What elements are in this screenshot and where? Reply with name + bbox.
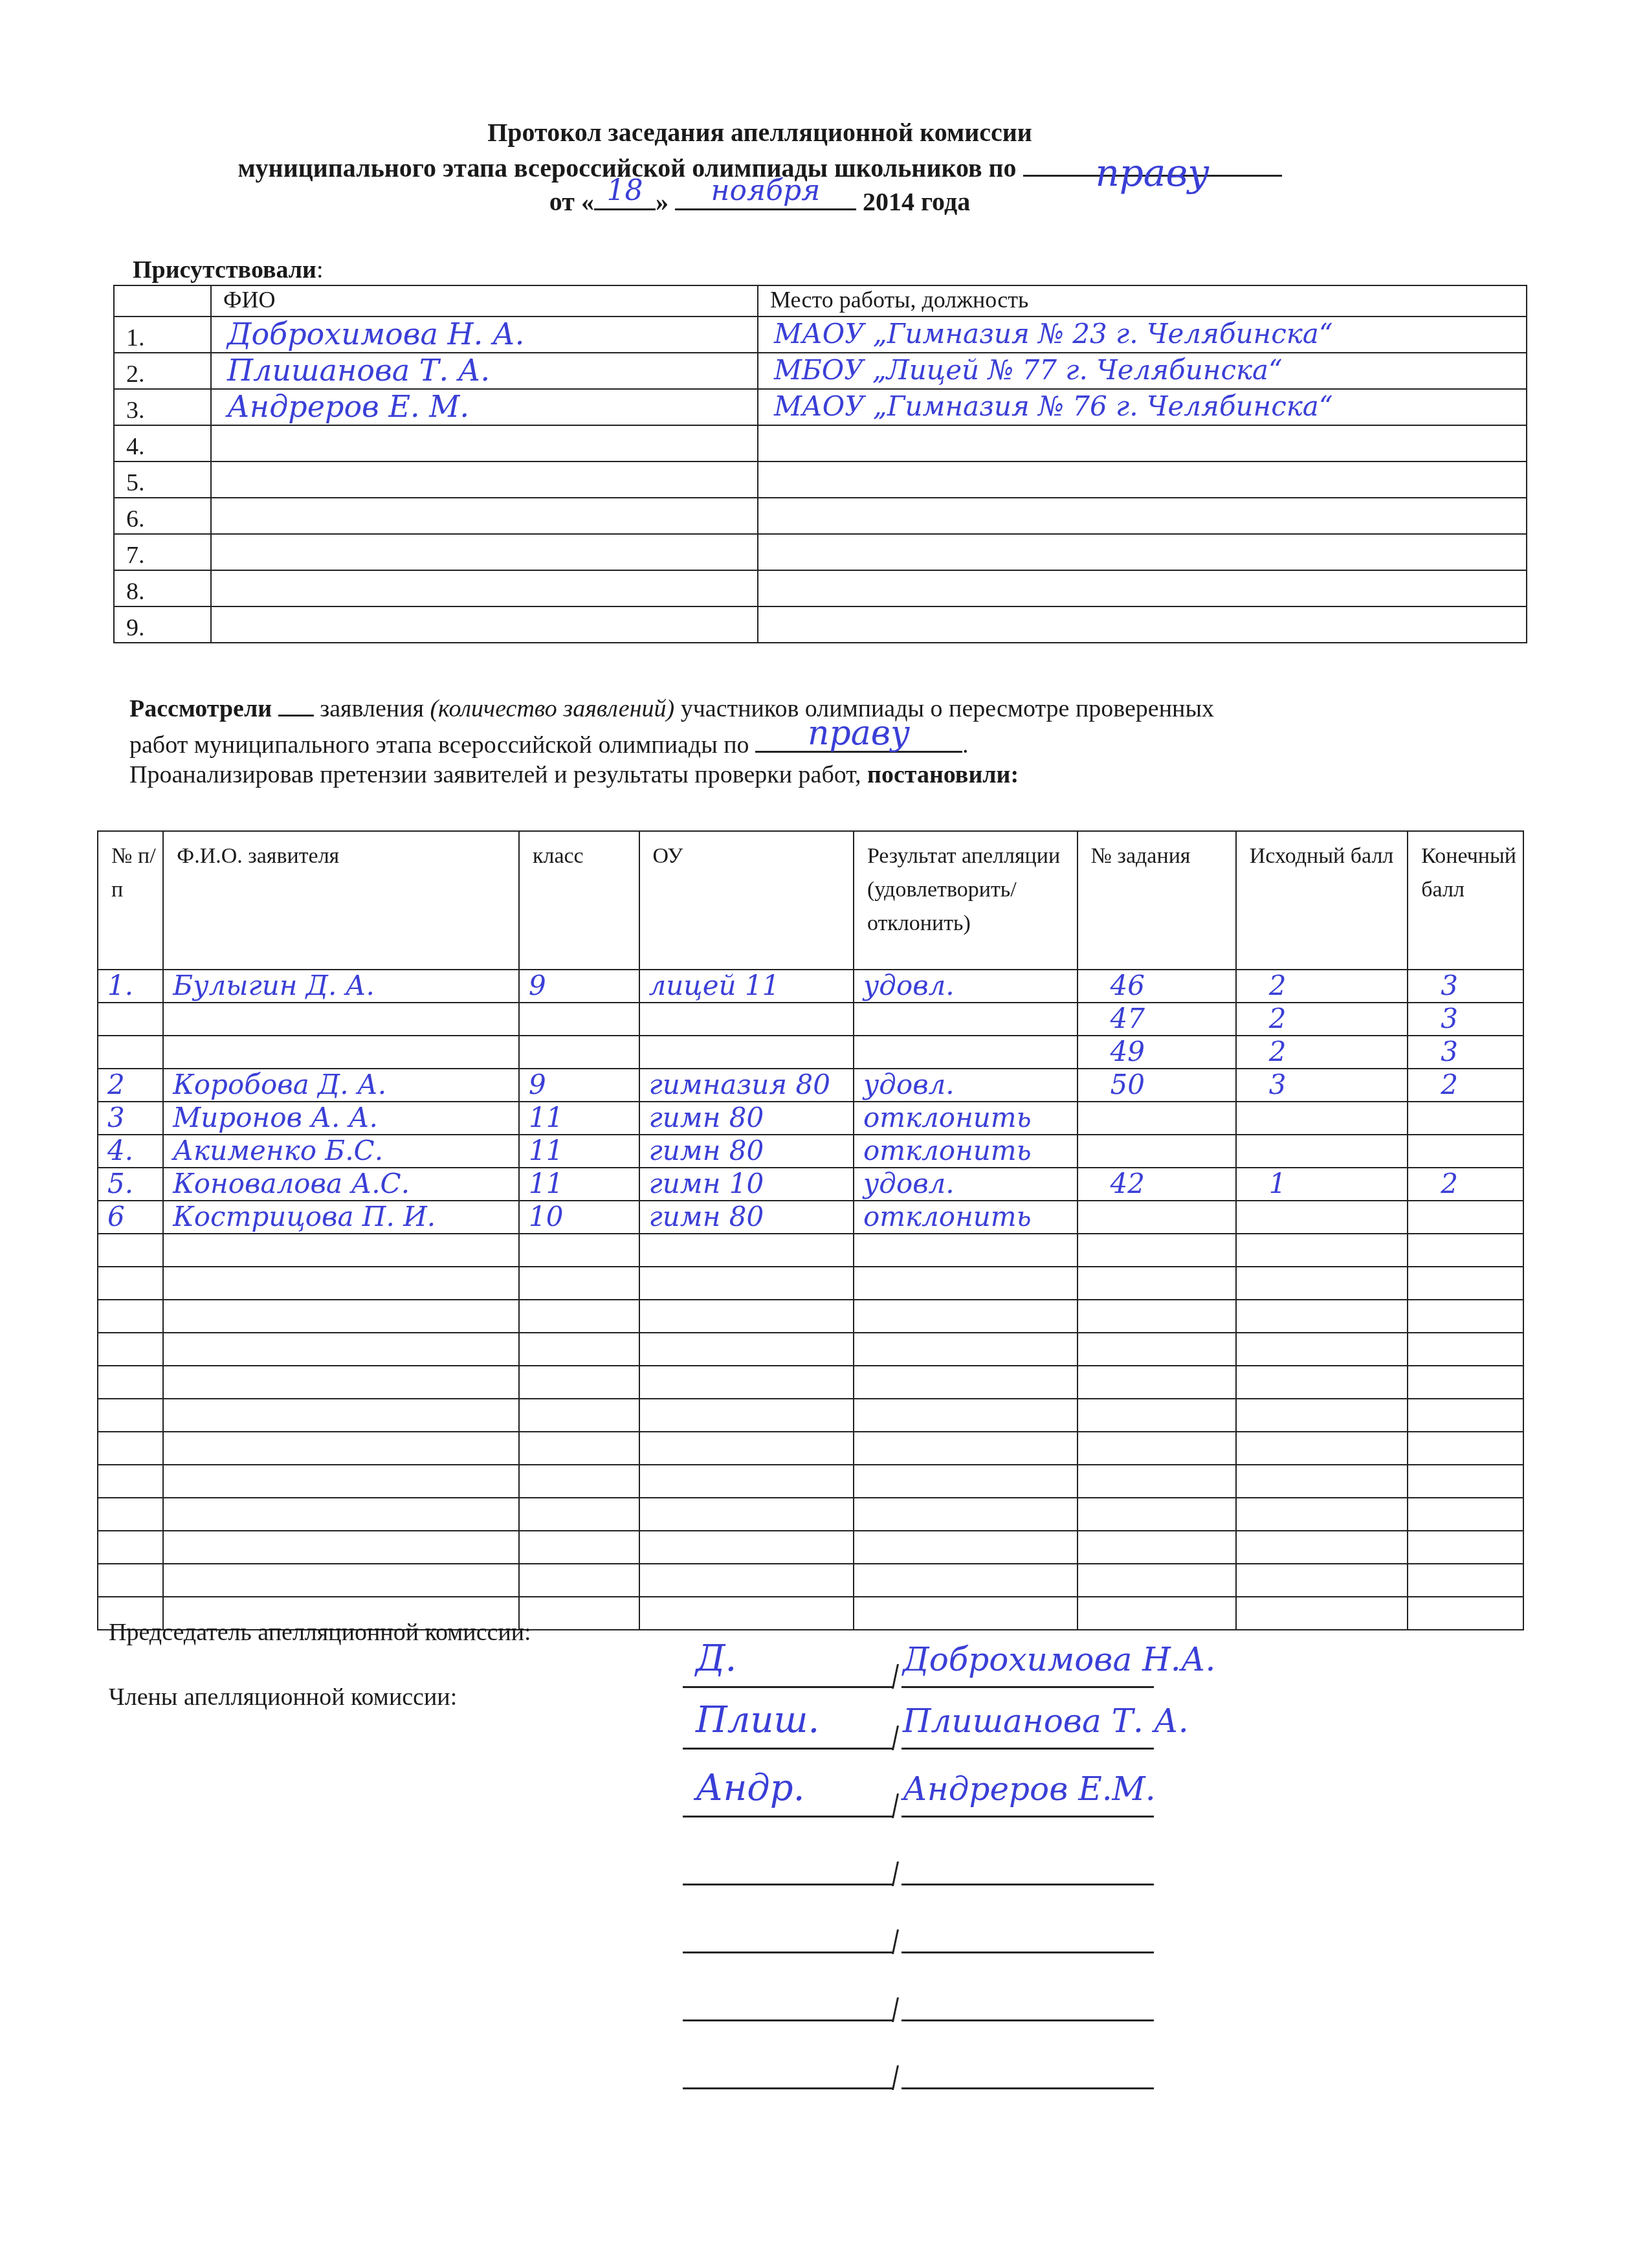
signature-handwritten: Д. [696, 1638, 736, 1680]
appeal-task [1078, 1267, 1111, 1298]
appeal-num-cell[interactable] [98, 1531, 163, 1564]
appeal-task [1078, 1597, 1111, 1629]
appeal-fio-cell[interactable] [163, 1300, 519, 1333]
appeal-fio-cell[interactable] [163, 1432, 519, 1465]
appeal-fio-cell[interactable] [163, 1465, 519, 1498]
appeal-fio-cell[interactable]: Коробова Д. А. [163, 1069, 519, 1102]
appeal-initial-cell[interactable] [1236, 1531, 1408, 1564]
appeal-initial-cell[interactable] [1236, 1399, 1408, 1432]
appeal-final-cell[interactable] [1408, 1102, 1523, 1135]
appeal-num: 5. [98, 1168, 133, 1199]
appeal-final-cell[interactable] [1408, 1531, 1523, 1564]
appeal-class-cell[interactable] [519, 1399, 639, 1432]
appeal-final-cell[interactable]: 3 [1408, 970, 1523, 1003]
appeal-result-cell[interactable] [854, 1432, 1078, 1465]
appeal-num-cell[interactable] [98, 1333, 163, 1366]
signature-separator [892, 1862, 899, 1886]
signature-line[interactable] [683, 2087, 893, 2089]
signatory-name-handwritten: Плишанова Т. А. [903, 1702, 1189, 1740]
signature-separator [892, 2065, 899, 2090]
attendees-label-colon: : [316, 256, 324, 283]
appeal-result-cell[interactable]: отклонить [854, 1102, 1078, 1135]
appeals-body: 1.Булыгин Д. А.9лицей 11удовл.4623472349… [98, 970, 1523, 1630]
appeal-result-cell[interactable] [854, 1267, 1078, 1300]
appeal-fio-cell[interactable] [163, 1531, 519, 1564]
appeal-final-cell[interactable] [1408, 1201, 1523, 1234]
appeal-school-cell[interactable] [639, 1465, 854, 1498]
appeal-school: гимн 80 [640, 1135, 764, 1166]
attendee-work-cell[interactable] [758, 606, 1527, 643]
appeal-fio-cell[interactable] [163, 1036, 519, 1069]
appeal-class-cell[interactable] [519, 1267, 639, 1300]
appeal-initial [1237, 1135, 1269, 1166]
appeal-task [1078, 1300, 1111, 1331]
attendee-fio [212, 498, 227, 533]
appeal-school-cell[interactable] [639, 1597, 854, 1630]
appeal-initial-cell[interactable] [1236, 1201, 1408, 1234]
appeal-final-cell[interactable] [1408, 1597, 1523, 1630]
appeal-final-cell[interactable] [1408, 1399, 1523, 1432]
signature-line[interactable] [683, 1686, 893, 1688]
appeal-result-cell[interactable] [854, 1300, 1078, 1333]
appeal-class [520, 1300, 529, 1331]
appeal-final-cell[interactable] [1408, 1267, 1523, 1300]
appeal-num: 2 [98, 1069, 125, 1100]
appeal-fio-cell[interactable] [163, 1498, 519, 1531]
considered-line2: работ муниципального этапа всероссийской… [129, 725, 969, 761]
appeal-task-cell[interactable] [1078, 1300, 1236, 1333]
attendee-work-cell[interactable] [758, 570, 1527, 606]
appeal-task [1078, 1102, 1111, 1133]
appeal-school-cell[interactable] [639, 1564, 854, 1597]
appeal-final-cell[interactable] [1408, 1432, 1523, 1465]
attendee-fio [212, 534, 227, 569]
attendee-num: 6. [114, 498, 211, 534]
appeal-initial [1237, 1333, 1269, 1364]
appeal-task-cell[interactable] [1078, 1102, 1236, 1135]
appeal-school-cell[interactable]: лицей 11 [639, 970, 854, 1003]
appeal-initial-cell[interactable] [1236, 1234, 1408, 1267]
appeal-num-cell[interactable]: 5. [98, 1168, 163, 1201]
appeal-class [520, 1333, 529, 1364]
appeal-task-cell[interactable] [1078, 1498, 1236, 1531]
appeal-task-cell[interactable] [1078, 1267, 1236, 1300]
appeal-final-cell[interactable]: 3 [1408, 1003, 1523, 1036]
appeal-class-cell[interactable]: 9 [519, 970, 639, 1003]
appeal-final-cell[interactable] [1408, 1135, 1523, 1168]
attendee-work-cell[interactable] [758, 461, 1527, 498]
appeal-task [1078, 1465, 1111, 1496]
appeal-task-cell[interactable] [1078, 1597, 1236, 1630]
appeal-class-cell[interactable] [519, 1465, 639, 1498]
attendee-fio-cell[interactable] [211, 606, 758, 643]
appeal-result: удовл. [854, 1069, 955, 1100]
appeal-result-cell[interactable] [854, 1333, 1078, 1366]
appeal-final-cell[interactable] [1408, 1498, 1523, 1531]
appeal-final [1408, 1366, 1441, 1397]
appeal-fio [164, 1036, 173, 1067]
appeal-result: отклонить [854, 1135, 1032, 1166]
attendee-work-cell[interactable] [758, 425, 1527, 461]
appeal-row [98, 1498, 1523, 1531]
attendee-fio-cell[interactable]: Доброхимова Н. А. [211, 317, 758, 353]
appeal-fio: Коробова Д. А. [164, 1069, 386, 1100]
appeal-final [1408, 1531, 1441, 1562]
appeal-result-cell[interactable]: удовл. [854, 970, 1078, 1003]
appeal-final-cell[interactable]: 2 [1408, 1168, 1523, 1201]
appeal-school-cell[interactable] [639, 1267, 854, 1300]
signatory-name-handwritten: Доброхимова Н.А. [903, 1641, 1215, 1678]
attendee-row: 4. [114, 425, 1527, 461]
members-label: Члены апелляционной комиссии: [109, 1683, 457, 1711]
appeal-result: удовл. [854, 970, 955, 1001]
appeal-num [98, 1564, 107, 1595]
appeal-fio-cell[interactable]: Коновалова А.С. [163, 1168, 519, 1201]
appeal-task [1078, 1201, 1111, 1232]
appeal-school [640, 1531, 649, 1562]
appeal-task-cell[interactable]: 50 [1078, 1069, 1236, 1102]
appeal-class: 11 [520, 1102, 563, 1133]
name-line[interactable] [901, 1816, 1154, 1818]
subject-field[interactable]: праву [1023, 149, 1282, 177]
appeal-result-cell[interactable]: отклонить [854, 1135, 1078, 1168]
appeal-initial-cell[interactable] [1236, 1135, 1408, 1168]
appeal-fio-cell[interactable]: Булыгин Д. А. [163, 970, 519, 1003]
attendee-work-cell[interactable]: МАОУ „Гимназия № 76 г. Челябинска“ [758, 389, 1527, 425]
name-line[interactable] [901, 2087, 1154, 2089]
appeal-num-cell[interactable] [98, 1267, 163, 1300]
appeal-fio-cell[interactable]: Акименко Б.С. [163, 1135, 519, 1168]
appeal-fio [164, 1498, 173, 1529]
considered-subject-field[interactable]: праву [755, 725, 962, 753]
appeal-initial-cell[interactable] [1236, 1366, 1408, 1399]
attendees-header-row: ФИО Место работы, должность [114, 285, 1527, 317]
appeal-school-cell[interactable] [639, 1498, 854, 1531]
attendee-fio-cell[interactable] [211, 498, 758, 534]
appeal-task-cell[interactable]: 49 [1078, 1036, 1236, 1069]
appeal-initial-cell[interactable] [1236, 1498, 1408, 1531]
appeal-result [854, 1465, 863, 1496]
appeal-class-cell[interactable] [519, 1366, 639, 1399]
appeal-result-cell[interactable] [854, 1234, 1078, 1267]
appeal-num-cell[interactable] [98, 1498, 163, 1531]
appeal-task-cell[interactable] [1078, 1465, 1236, 1498]
appeal-class-cell[interactable] [519, 1003, 639, 1036]
appeal-school-cell[interactable]: гимн 10 [639, 1168, 854, 1201]
chair-label: Председатель апелляционной комиссии: [109, 1618, 531, 1647]
applications-count-field[interactable] [278, 695, 314, 717]
appeal-class-cell[interactable]: 10 [519, 1201, 639, 1234]
appeal-class: 10 [520, 1201, 563, 1232]
appeal-num [98, 1003, 107, 1034]
appeal-task-cell[interactable]: 47 [1078, 1003, 1236, 1036]
attendee-fio-cell[interactable]: Плишанова Т. А. [211, 353, 758, 389]
appeal-task [1078, 1432, 1111, 1463]
appeal-task-cell[interactable] [1078, 1234, 1236, 1267]
appeal-class [520, 1531, 529, 1562]
appeal-result-cell[interactable] [854, 1399, 1078, 1432]
appeal-initial-cell[interactable]: 2 [1236, 1003, 1408, 1036]
signature-line[interactable] [683, 2019, 893, 2021]
appeal-num-cell[interactable] [98, 1432, 163, 1465]
attendee-fio [212, 461, 227, 496]
appeal-initial [1237, 1300, 1269, 1331]
appeal-class-cell[interactable] [519, 1597, 639, 1630]
appeal-final-cell[interactable]: 3 [1408, 1036, 1523, 1069]
appeal-school-cell[interactable] [639, 1300, 854, 1333]
appeal-num-cell[interactable] [98, 1366, 163, 1399]
attendee-work-cell[interactable] [758, 534, 1527, 570]
appeal-row [98, 1234, 1523, 1267]
attendee-fio-cell[interactable] [211, 534, 758, 570]
appeal-final-cell[interactable] [1408, 1366, 1523, 1399]
appeal-fio: Булыгин Д. А. [164, 970, 374, 1001]
appeal-class [520, 1036, 529, 1067]
attendee-work: МАОУ „Гимназия № 23 г. Челябинска“ [758, 318, 1332, 350]
appeal-num-cell[interactable]: 2 [98, 1069, 163, 1102]
attendee-fio-cell[interactable] [211, 461, 758, 498]
appeals-col-final: Конечный балл [1408, 831, 1523, 970]
appeal-initial [1237, 1531, 1269, 1562]
appeal-initial-cell[interactable] [1236, 1300, 1408, 1333]
appeal-task-cell[interactable]: 46 [1078, 970, 1236, 1003]
appeal-school-cell[interactable]: гимн 80 [639, 1102, 854, 1135]
signature-line[interactable] [683, 1951, 893, 1953]
appeal-num-cell[interactable] [98, 1465, 163, 1498]
name-line[interactable] [901, 1748, 1154, 1750]
appeal-task-cell[interactable] [1078, 1432, 1236, 1465]
appeal-fio-cell[interactable] [163, 1003, 519, 1036]
appeal-fio [164, 1366, 173, 1397]
appeal-initial-cell[interactable] [1236, 1267, 1408, 1300]
appeal-class-cell[interactable]: 11 [519, 1135, 639, 1168]
appeal-class-cell[interactable] [519, 1564, 639, 1597]
appeal-num-cell[interactable] [98, 1300, 163, 1333]
appeal-num: 1. [98, 970, 133, 1001]
appeal-num [98, 1300, 107, 1331]
appeal-class-cell[interactable]: 11 [519, 1168, 639, 1201]
appeal-school-cell[interactable]: гимн 80 [639, 1201, 854, 1234]
appeal-school-cell[interactable] [639, 1003, 854, 1036]
appeal-class-cell[interactable] [519, 1333, 639, 1366]
appeal-class-cell[interactable] [519, 1300, 639, 1333]
appeal-school [640, 1597, 649, 1629]
attendee-work-cell[interactable]: МАОУ „Гимназия № 23 г. Челябинска“ [758, 317, 1527, 353]
appeal-school-cell[interactable] [639, 1333, 854, 1366]
appeal-fio [164, 1531, 173, 1562]
document-date: от «18» ноября 2014 года [0, 183, 1578, 218]
appeal-fio [164, 1003, 173, 1034]
appeal-result-cell[interactable]: отклонить [854, 1201, 1078, 1234]
appeal-final [1408, 1333, 1441, 1364]
appeal-num-cell[interactable] [98, 1036, 163, 1069]
appeal-final [1408, 1399, 1441, 1430]
signature-line[interactable] [683, 1816, 893, 1818]
appeal-fio-cell[interactable] [163, 1366, 519, 1399]
appeal-class-cell[interactable] [519, 1498, 639, 1531]
signature-separator [892, 1794, 899, 1818]
appeal-result [854, 1597, 863, 1629]
appeal-school-cell[interactable] [639, 1399, 854, 1432]
appeal-fio-cell[interactable]: Миронов А. А. [163, 1102, 519, 1135]
appeal-school [640, 1366, 649, 1397]
appeal-result-cell[interactable] [854, 1597, 1078, 1630]
appeal-final: 3 [1408, 1003, 1458, 1034]
appeal-result [854, 1531, 863, 1562]
considered-line3-text: Проанализировав претензии заявителей и р… [129, 761, 861, 788]
appeal-num-cell[interactable] [98, 1399, 163, 1432]
appeal-num-cell[interactable] [98, 1564, 163, 1597]
date-day-field[interactable]: 18 [594, 183, 656, 210]
appeal-final: 2 [1408, 1168, 1458, 1199]
appeal-initial-cell[interactable]: 2 [1236, 1036, 1408, 1069]
appeal-initial-cell[interactable]: 1 [1236, 1168, 1408, 1201]
attendee-num: 7. [114, 534, 211, 570]
attendee-fio-cell[interactable] [211, 425, 758, 461]
appeal-class-cell[interactable]: 11 [519, 1102, 639, 1135]
appeal-initial-cell[interactable] [1236, 1465, 1408, 1498]
attendee-num: 9. [114, 606, 211, 643]
appeal-num [98, 1597, 107, 1629]
name-line[interactable] [901, 1686, 1154, 1688]
appeal-num: 6 [98, 1201, 125, 1232]
name-line[interactable] [901, 1884, 1154, 1885]
appeal-school-cell[interactable] [639, 1366, 854, 1399]
appeal-num-cell[interactable]: 1. [98, 970, 163, 1003]
appeal-task-cell[interactable] [1078, 1564, 1236, 1597]
appeal-task-cell[interactable] [1078, 1333, 1236, 1366]
appeal-result-cell[interactable]: удовл. [854, 1168, 1078, 1201]
attendee-fio-cell[interactable] [211, 570, 758, 606]
appeal-final-cell[interactable]: 2 [1408, 1069, 1523, 1102]
appeal-result [854, 1399, 863, 1430]
attendee-work-cell[interactable]: МБОУ „Лицей № 77 г. Челябинска“ [758, 353, 1527, 389]
appeal-result [854, 1036, 863, 1067]
appeal-initial-cell[interactable] [1236, 1564, 1408, 1597]
appeal-result-cell[interactable] [854, 1498, 1078, 1531]
appeal-class-cell[interactable] [519, 1036, 639, 1069]
date-year: 2014 года [863, 187, 970, 216]
appeal-num [98, 1366, 107, 1397]
appeal-class-cell[interactable] [519, 1531, 639, 1564]
appeal-final [1408, 1234, 1441, 1265]
appeal-task [1078, 1366, 1111, 1397]
appeal-result-cell[interactable] [854, 1003, 1078, 1036]
appeal-school-cell[interactable] [639, 1036, 854, 1069]
appeal-school-cell[interactable] [639, 1234, 854, 1267]
appeal-final-cell[interactable] [1408, 1333, 1523, 1366]
appeal-class: 11 [520, 1168, 563, 1199]
appeal-num-cell[interactable] [98, 1003, 163, 1036]
appeal-task-cell[interactable] [1078, 1135, 1236, 1168]
appeal-initial-cell[interactable] [1236, 1102, 1408, 1135]
attendee-row: 2.Плишанова Т. А.МБОУ „Лицей № 77 г. Чел… [114, 353, 1527, 389]
appeal-fio-cell[interactable] [163, 1333, 519, 1366]
appeal-school-cell[interactable] [639, 1531, 854, 1564]
appeal-class-cell[interactable] [519, 1234, 639, 1267]
appeal-result [854, 1333, 863, 1364]
attendee-fio-cell[interactable]: Андреров Е. М. [211, 389, 758, 425]
appeal-task [1078, 1333, 1111, 1364]
appeal-initial-cell[interactable]: 3 [1236, 1069, 1408, 1102]
appeal-class-cell[interactable] [519, 1432, 639, 1465]
date-month-field[interactable]: ноября [675, 183, 856, 210]
appeal-task: 47 [1078, 1003, 1145, 1034]
attendee-work-cell[interactable] [758, 498, 1527, 534]
appeal-task-cell[interactable] [1078, 1366, 1236, 1399]
appeal-class [520, 1498, 529, 1529]
appeal-fio: Коновалова А.С. [164, 1168, 410, 1199]
appeal-initial-cell[interactable]: 2 [1236, 970, 1408, 1003]
appeal-final-cell[interactable] [1408, 1234, 1523, 1267]
appeal-school-cell[interactable] [639, 1432, 854, 1465]
appeal-fio-cell[interactable] [163, 1399, 519, 1432]
appeal-initial-cell[interactable] [1236, 1597, 1408, 1630]
appeal-school [640, 1432, 649, 1463]
appeal-school [640, 1300, 649, 1331]
appeal-final [1408, 1201, 1441, 1232]
signature-line[interactable] [683, 1884, 893, 1885]
appeal-initial: 1 [1237, 1168, 1287, 1199]
appeal-result-cell[interactable] [854, 1366, 1078, 1399]
appeal-result-cell[interactable] [854, 1036, 1078, 1069]
appeal-initial [1237, 1102, 1269, 1133]
appeal-result-cell[interactable] [854, 1531, 1078, 1564]
attendee-num: 1. [114, 317, 211, 353]
appeal-final-cell[interactable] [1408, 1564, 1523, 1597]
considered-text-a: заявления [320, 695, 424, 722]
appeal-final-cell[interactable] [1408, 1465, 1523, 1498]
appeal-task: 46 [1078, 970, 1145, 1001]
appeal-class [520, 1399, 529, 1430]
appeal-result: удовл. [854, 1168, 955, 1199]
appeal-task-cell[interactable] [1078, 1399, 1236, 1432]
appeal-result [854, 1300, 863, 1331]
appeal-fio-cell[interactable] [163, 1564, 519, 1597]
appeal-class-cell[interactable]: 9 [519, 1069, 639, 1102]
signature-line[interactable] [683, 1748, 893, 1750]
date-month-handwritten: ноября [675, 175, 856, 207]
appeal-fio-cell[interactable] [163, 1234, 519, 1267]
appeal-fio-cell[interactable] [163, 1267, 519, 1300]
appeal-final-cell[interactable] [1408, 1300, 1523, 1333]
appeal-num-cell[interactable]: 3 [98, 1102, 163, 1135]
appeal-final: 3 [1408, 1036, 1458, 1067]
attendee-fio: Плишанова Т. А. [212, 353, 490, 388]
appeal-task-cell[interactable]: 42 [1078, 1168, 1236, 1201]
appeal-initial-cell[interactable] [1236, 1432, 1408, 1465]
appeal-school-cell[interactable]: гимназия 80 [639, 1069, 854, 1102]
appeal-num-cell[interactable] [98, 1234, 163, 1267]
attendees-label-text: Присутствовали [133, 256, 316, 283]
appeal-task-cell[interactable] [1078, 1531, 1236, 1564]
appeal-task-cell[interactable] [1078, 1201, 1236, 1234]
appeal-num-cell[interactable]: 4. [98, 1135, 163, 1168]
appeal-school-cell[interactable]: гимн 80 [639, 1135, 854, 1168]
appeal-num [98, 1432, 107, 1463]
appeal-result-cell[interactable] [854, 1564, 1078, 1597]
name-line[interactable] [901, 2019, 1154, 2021]
appeal-result-cell[interactable] [854, 1465, 1078, 1498]
appeal-initial-cell[interactable] [1236, 1333, 1408, 1366]
name-line[interactable] [901, 1951, 1154, 1953]
signature-separator [892, 1929, 899, 1954]
attendees-col-fio: ФИО [211, 285, 758, 317]
appeal-fio: Кострицова П. И. [164, 1201, 436, 1232]
appeal-fio-cell[interactable]: Кострицова П. И. [163, 1201, 519, 1234]
appeal-num-cell[interactable]: 6 [98, 1201, 163, 1234]
appeal-result-cell[interactable]: удовл. [854, 1069, 1078, 1102]
